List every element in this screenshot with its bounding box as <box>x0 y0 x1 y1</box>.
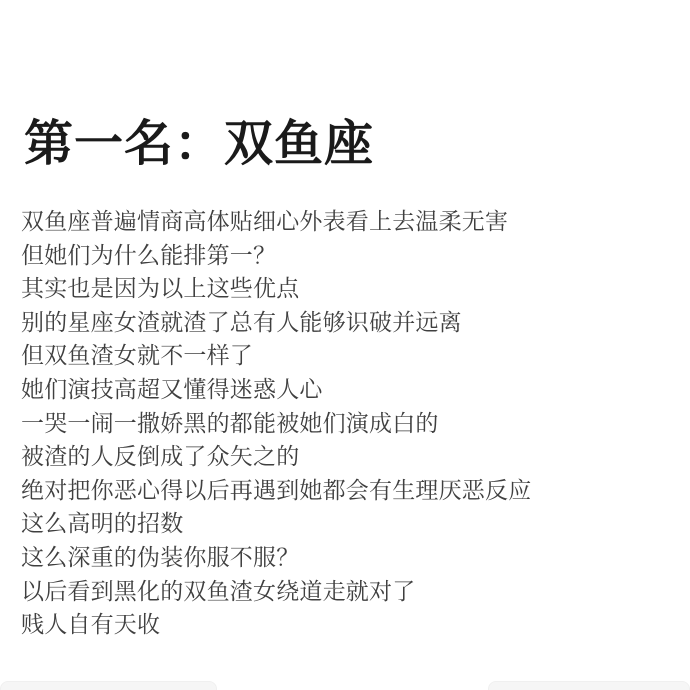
text-line: 被渣的人反倒成了众矢之的 <box>21 440 671 474</box>
text-line: 别的星座女渣就渣了总有人能够识破并远离 <box>21 306 671 340</box>
bottom-card-fragment-left <box>0 681 217 690</box>
text-line: 绝对把你恶心得以后再遇到她都会有生理厌恶反应 <box>21 474 671 508</box>
text-line: 但她们为什么能排第一？ <box>21 239 671 273</box>
text-line: 这么高明的招数 <box>21 507 671 541</box>
text-line: 但双鱼渣女就不一样了 <box>21 339 671 373</box>
text-line: 其实也是因为以上这些优点 <box>21 272 671 306</box>
text-line: 以后看到黑化的双鱼渣女绕道走就对了 <box>21 575 671 609</box>
text-line: 贱人自有天收 <box>21 608 671 642</box>
body-text-block: 双鱼座普遍情商高体贴细心外表看上去温柔无害 但她们为什么能排第一？ 其实也是因为… <box>21 205 671 642</box>
post-image: 第一名：双鱼座 双鱼座普遍情商高体贴细心外表看上去温柔无害 但她们为什么能排第一… <box>0 0 690 690</box>
bottom-card-fragment-right <box>488 681 690 690</box>
text-line: 双鱼座普遍情商高体贴细心外表看上去温柔无害 <box>21 205 671 239</box>
text-line: 一哭一闹一撒娇黑的都能被她们演成白的 <box>21 407 671 441</box>
page-title: 第一名：双鱼座 <box>24 112 374 176</box>
text-line: 她们演技高超又懂得迷惑人心 <box>21 373 671 407</box>
text-line: 这么深重的伪装你服不服？ <box>21 541 671 575</box>
